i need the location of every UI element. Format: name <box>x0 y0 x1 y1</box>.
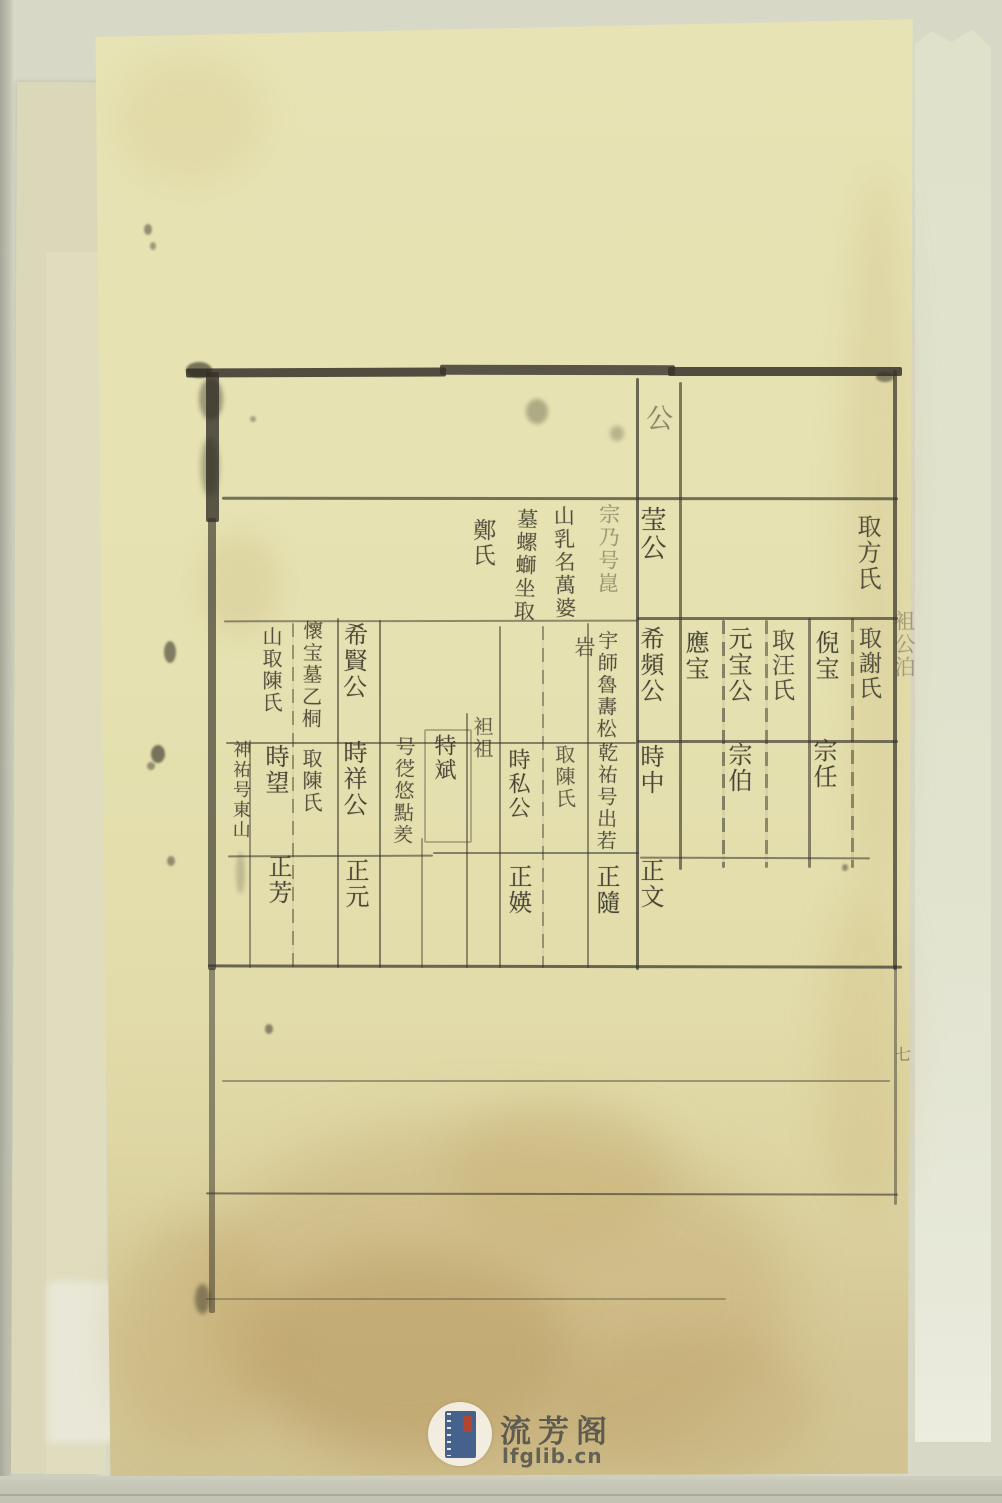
folio-mark: 七 <box>895 1042 911 1065</box>
watermark-badge <box>428 1402 492 1466</box>
library-watermark: 流芳阁 lfglib.cn <box>424 1396 614 1484</box>
watermark-site-url: lfglib.cn <box>502 1444 603 1468</box>
book-spine-stitches <box>447 1413 451 1456</box>
scanned-genealogy-page: 公莹公取方氏鄭氏墓螺螄坐取山乳名萬婆岩宗乃号崑希頻公應宝元宝公取汪氏倪宝取謝氏袓… <box>0 0 1002 1503</box>
book-page <box>88 6 916 1484</box>
book-icon <box>445 1411 476 1458</box>
book-title-seal <box>463 1416 472 1432</box>
adjacent-page-strip <box>915 28 991 1442</box>
photo-bottom-band <box>0 1476 1002 1503</box>
